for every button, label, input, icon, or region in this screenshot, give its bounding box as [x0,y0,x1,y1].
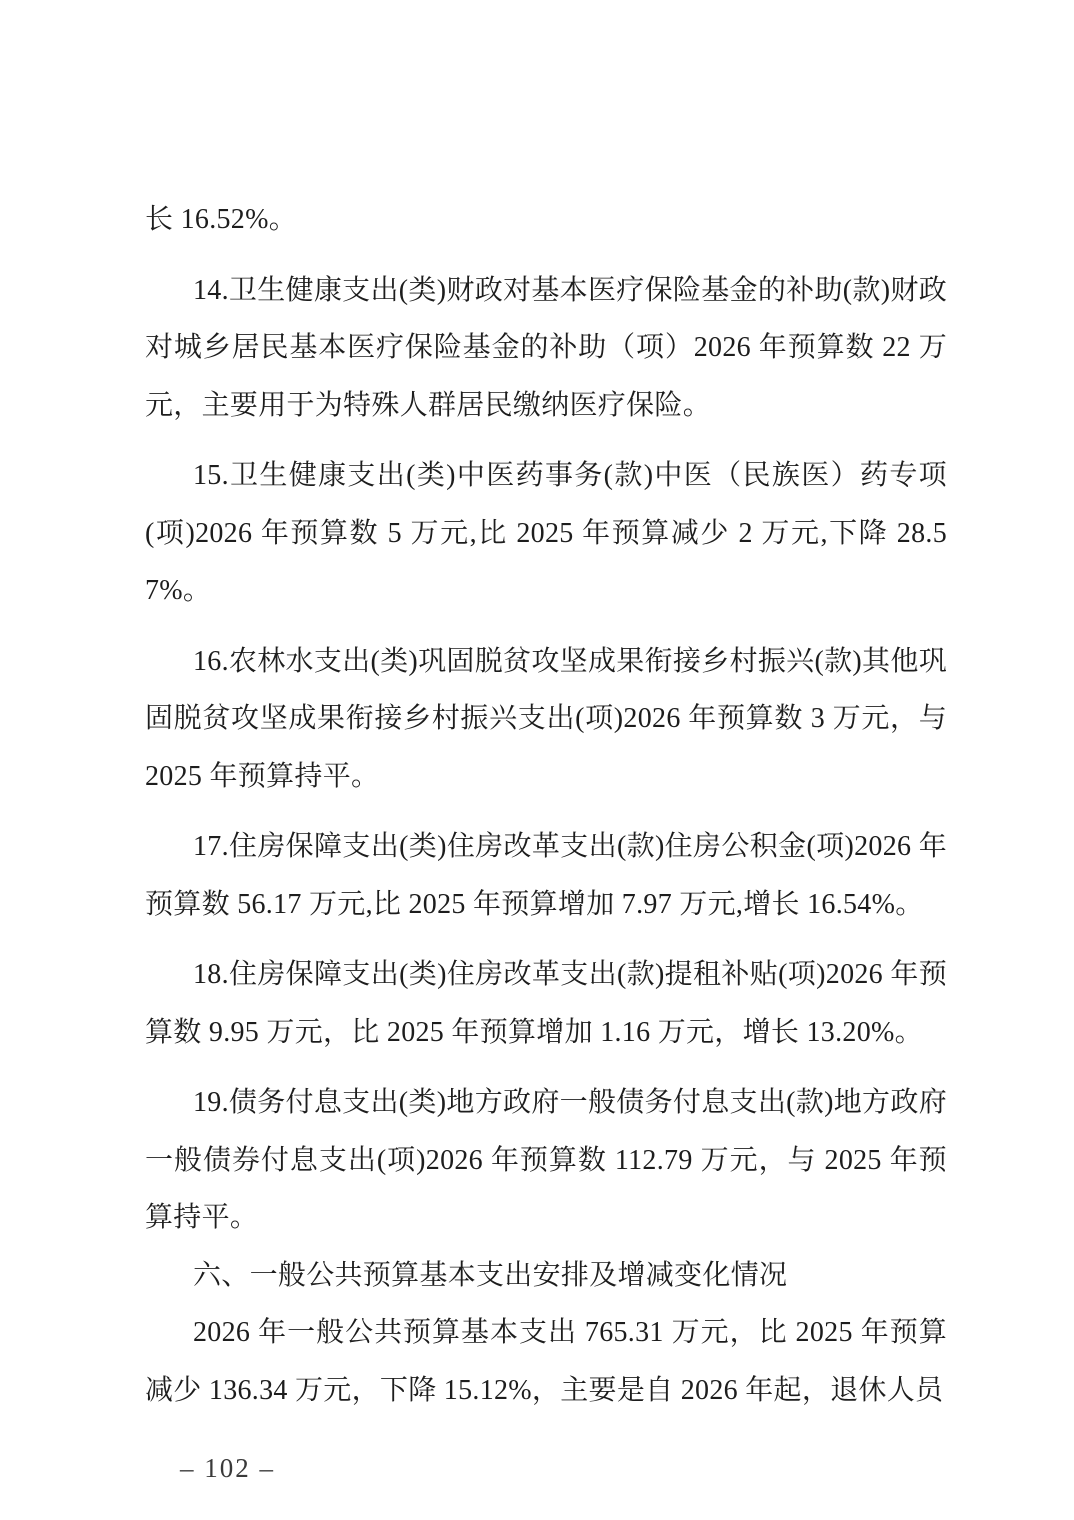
page-footer: – 102 – [145,1408,275,1520]
document-page: 长 16.52%。 14.卫生健康支出(类)财政对基本医疗保险基金的补助(款)财… [0,0,1074,1520]
document-body: 长 16.52%。 14.卫生健康支出(类)财政对基本医疗保险基金的补助(款)财… [145,191,947,1419]
paragraph-section-summary: 2026 年一般公共预算基本支出 765.31 万元，比 2025 年预算减少 … [145,1304,947,1419]
page-number: – 102 – [180,1453,275,1483]
paragraph-item-14: 14.卫生健康支出(类)财政对基本医疗保险基金的补助(款)财政对城乡居民基本医疗… [145,262,947,435]
section-heading: 六、一般公共预算基本支出安排及增减变化情况 [145,1247,947,1305]
paragraph-continuation: 长 16.52%。 [145,191,947,249]
paragraph-item-18: 18.住房保障支出(类)住房改革支出(款)提租补贴(项)2026 年预算数 9.… [145,946,947,1061]
paragraph-item-19: 19.债务付息支出(类)地方政府一般债务付息支出(款)地方政府一般债券付息支出(… [145,1074,947,1247]
paragraph-item-17: 17.住房保障支出(类)住房改革支出(款)住房公积金(项)2026 年预算数 5… [145,818,947,933]
paragraph-item-15: 15.卫生健康支出(类)中医药事务(款)中医（民族医）药专项(项)2026 年预… [145,447,947,620]
paragraph-item-16: 16.农林水支出(类)巩固脱贫攻坚成果衔接乡村振兴(款)其他巩固脱贫攻坚成果衔接… [145,633,947,806]
